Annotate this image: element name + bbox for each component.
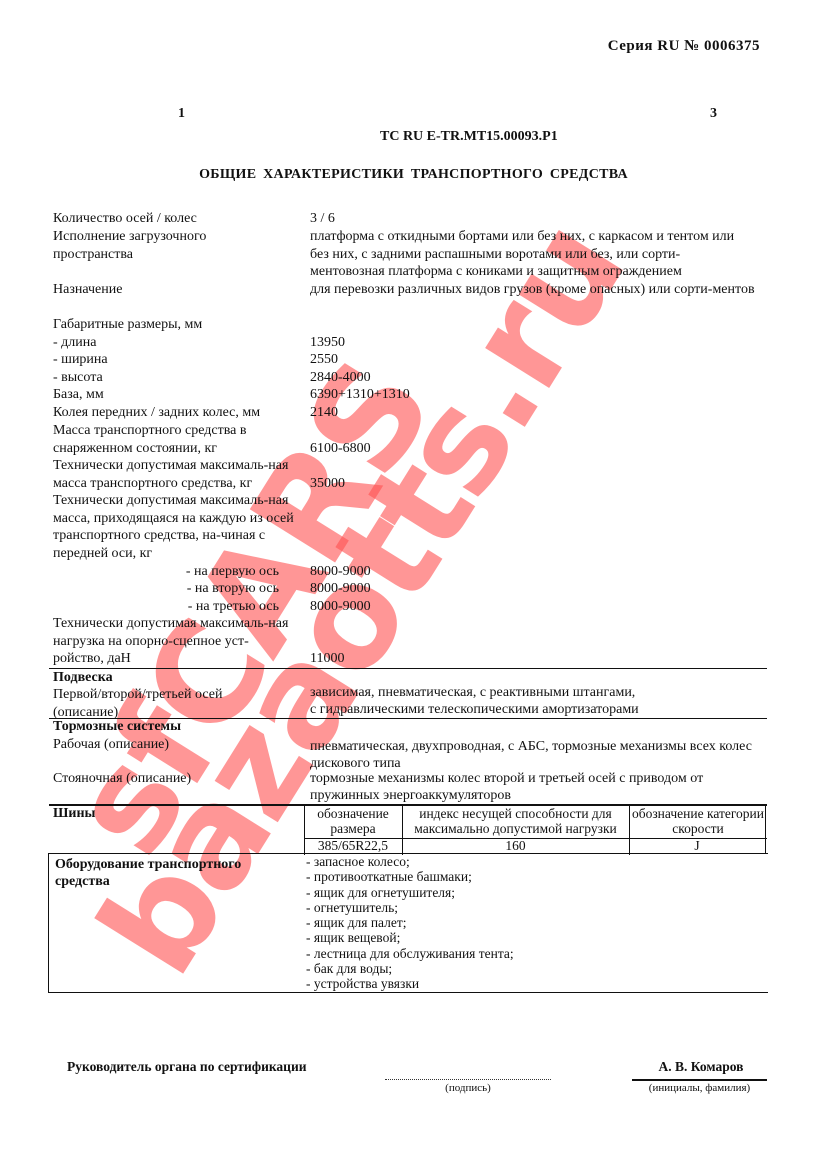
spec-value: 8000-9000 [310, 598, 760, 616]
page-number-right: 3 [710, 106, 717, 122]
tires-size-value: 385/65R22,5 [304, 838, 402, 853]
list-item: - ящик вещевой; [306, 930, 514, 945]
spec-label: Технически допустимая максималь-ная масс… [53, 492, 298, 562]
suspension-heading: Подвеска [53, 669, 303, 687]
spec-label: - на третью ось [53, 598, 279, 616]
spec-value: 8000-9000 [310, 580, 760, 598]
divider [765, 804, 766, 853]
list-item: - огнетушитель; [306, 900, 514, 915]
spec-value: 2550 [310, 351, 760, 369]
tires-heading: Шины [53, 806, 95, 822]
spec-value: 6390+1310+1310 [310, 386, 760, 404]
spec-label: - на первую ось [53, 563, 279, 581]
spec-value: 8000-9000 [310, 563, 760, 581]
tires-table: Шины обозначение размера индекс несущей … [49, 804, 767, 853]
suspension-value-line: зависимая, пневматическая, с реактивными… [310, 685, 635, 700]
tires-load-index-value: 160 [402, 838, 629, 853]
spec-label: Габаритные размеры, мм [53, 316, 303, 334]
page-number-left: 1 [178, 106, 185, 122]
signatory-role: Руководитель органа по сертификации [67, 1059, 307, 1075]
list-item: - бак для воды; [306, 961, 514, 976]
spec-value: 35000 [310, 475, 760, 493]
spec-label: Масса транспортного средства в снаряженн… [53, 422, 271, 457]
list-item: - ящик для огнетушителя; [306, 885, 514, 900]
signature-caption: (подпись) [385, 1082, 551, 1094]
spec-value: 11000 [310, 650, 760, 668]
suspension-label: Первой/второй/третьей осей (описание) [53, 686, 253, 721]
name-line [632, 1079, 767, 1081]
spec-label: - ширина [53, 351, 303, 369]
series-number: Серия RU № 0006375 [560, 38, 760, 55]
spec-value: платформа с откидными бортами или без ни… [310, 228, 750, 281]
spec-value: 2140 [310, 404, 760, 422]
brakes-parking-label: Стояночная (описание) [53, 770, 303, 788]
spec-label: Количество осей / колес [53, 210, 303, 228]
brakes-service-value: пневматическая, двухпроводная, с АБС, то… [310, 738, 765, 772]
brakes-parking-value: тормозные механизмы колес второй и треть… [310, 770, 765, 804]
spec-label: Назначение [53, 281, 303, 299]
brakes-service-label: Рабочая (описание) [53, 736, 303, 754]
list-item: - устройства увязки [306, 976, 514, 991]
spec-label: Технически допустимая максималь-ная масс… [53, 457, 298, 492]
list-item: - запасное колесо; [306, 854, 514, 869]
spec-label: - на вторую ось [53, 580, 279, 598]
spec-label: Исполнение загрузочного пространства [53, 228, 233, 263]
spec-value: 13950 [310, 334, 760, 352]
document-number: ТС RU E-TR.MT15.00093.P1 [380, 129, 558, 145]
list-item: - противооткатные башмаки; [306, 869, 514, 884]
spec-label: Колея передних / задних колес, мм [53, 404, 303, 422]
page-title: ОБЩИЕ ХАРАКТЕРИСТИКИ ТРАНСПОРТНОГО СРЕДС… [0, 167, 827, 183]
list-item: - ящик для палет; [306, 915, 514, 930]
spec-value: 6100-6800 [310, 440, 760, 458]
spec-label: - длина [53, 334, 303, 352]
equipment-heading: Оборудование транспортного средства [55, 856, 295, 890]
spec-label: - высота [53, 369, 303, 387]
signature-line [385, 1079, 551, 1080]
spec-value: 3 / 6 [310, 210, 760, 228]
spec-value: для перевозки различных видов грузов (кр… [310, 281, 755, 299]
signatory-name: А. В. Комаров [635, 1059, 767, 1075]
list-item: - лестница для обслуживания тента; [306, 946, 514, 961]
equipment-section: Оборудование транспортного средства - за… [48, 853, 768, 993]
tires-speed-value: J [629, 838, 765, 853]
spec-label: Технически допустимая максималь-ная нагр… [53, 615, 298, 668]
equipment-list: - запасное колесо; - противооткатные баш… [306, 854, 514, 992]
suspension-value-line: с гидравлическими телескопическими аморт… [310, 702, 639, 717]
name-caption: (инициалы, фамилия) [632, 1082, 767, 1094]
spec-value: 2840-4000 [310, 369, 760, 387]
brakes-heading: Тормозные системы [53, 718, 303, 736]
suspension-value: зависимая, пневматическая, с реактивными… [310, 684, 760, 718]
spec-label: База, мм [53, 386, 303, 404]
